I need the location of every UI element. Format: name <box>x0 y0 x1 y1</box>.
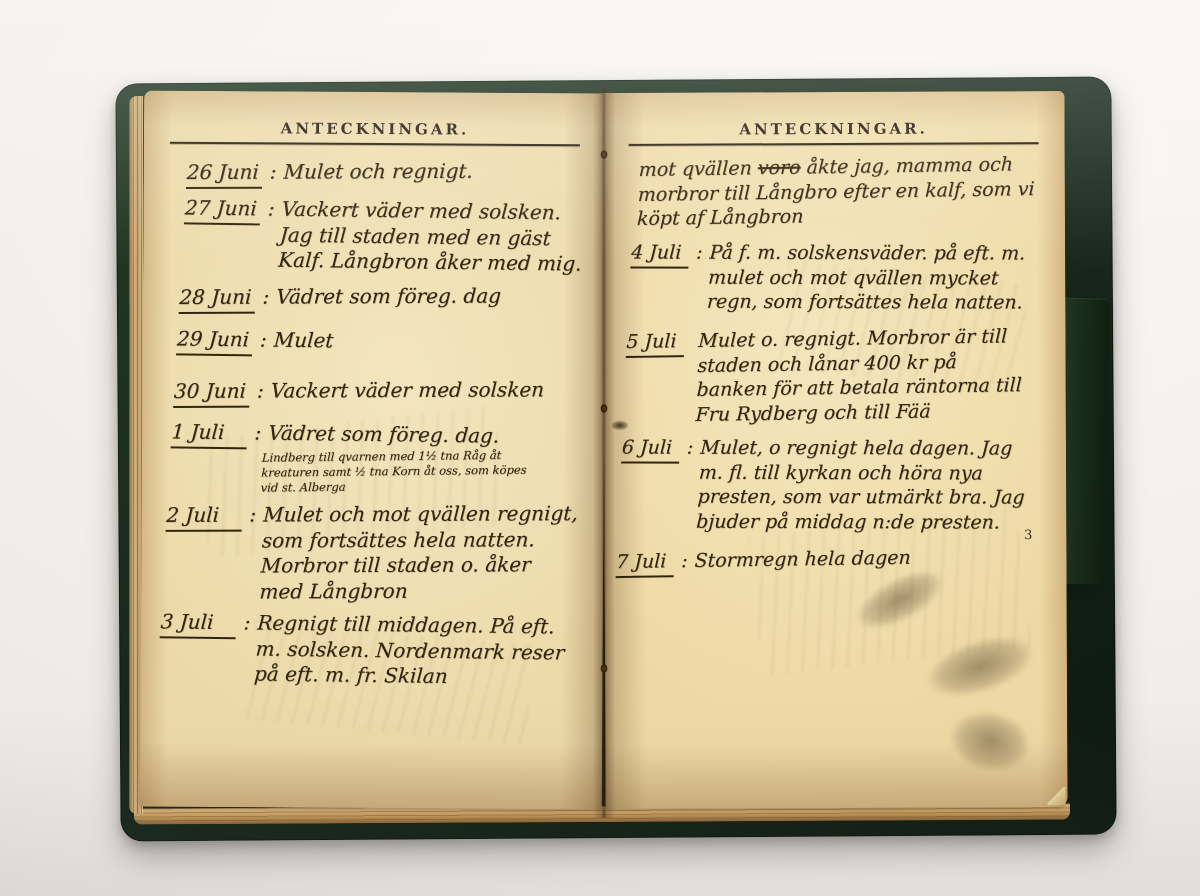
entry-text: Stormregn hela dagen <box>694 544 1023 574</box>
entry-text: Vädret som föreg. dag. <box>267 421 586 451</box>
left-page-header: ANTECKNINGAR. <box>170 119 580 147</box>
entry-date: 4 Juli <box>630 241 690 269</box>
right-page-content: ANTECKNINGAR. mot qvällen voro åkte jag,… <box>603 119 1067 575</box>
diary-entry: 2 Juli : Mulet och mot qvällen regnigt, … <box>162 501 581 605</box>
struck-word: voro <box>757 157 801 180</box>
entry-date: 30 Juni <box>173 378 250 407</box>
entry-text: Regnigt till middagen. På eft. m. solske… <box>253 610 575 691</box>
entry-margin-note: Lindberg till qvarnen med 1½ tna Råg åt … <box>260 447 530 495</box>
binding-stitch <box>601 150 608 159</box>
entry-text: Mulet, o regnigt hela dagen. Jag m. fl. … <box>696 436 1029 536</box>
entry-separator: : <box>681 549 688 574</box>
entry-text: Mulet och regnigt. <box>283 158 602 185</box>
right-page: ANTECKNINGAR. mot qvällen voro åkte jag,… <box>602 91 1067 809</box>
entry-date: 29 Juni <box>176 326 254 356</box>
entry-text: Vackert väder med solsken <box>270 377 589 404</box>
diary-entry-with-note: 1 Juli : Vädret som föreg. dag. Lindberg… <box>168 421 586 495</box>
entry-separator: : <box>686 436 694 461</box>
entry-date: 27 Juni <box>184 195 262 225</box>
photo-of-open-diary: ANTECKNINGAR. 26 Juni : Mulet och regnig… <box>0 0 1200 896</box>
diary-entry: 26 Juni : Mulet och regnigt. <box>186 158 602 188</box>
diary-book: ANTECKNINGAR. 26 Juni : Mulet och regnig… <box>118 80 1114 838</box>
diary-entry: 30 Juni : Vackert väder med solsken <box>173 377 589 407</box>
entry-text: På f. m. solskensväder. på eft. m. mulet… <box>706 241 1038 316</box>
entry-text: Mulet och mot qvällen regnigt, som forts… <box>259 501 581 605</box>
diary-entry: 27 Juni : Vackert väder med solsken. Jag… <box>181 195 600 277</box>
left-header-rule <box>170 142 580 147</box>
page-number: 3 <box>1024 528 1032 543</box>
binding-gutter <box>593 88 615 818</box>
diary-entry: 6 Juli : Mulet, o regnigt hela dagen. Ja… <box>617 435 1028 535</box>
entry-separator: : <box>254 421 262 447</box>
binding-stitch <box>601 404 608 413</box>
entry-date: 28 Juni <box>179 285 256 314</box>
right-header-title: ANTECKNINGAR. <box>629 119 1039 139</box>
page-corner-dogear <box>1047 787 1065 805</box>
entry-date: 2 Juli <box>166 502 243 531</box>
entry-separator: : <box>249 502 257 528</box>
continuation-text: mot qvällen <box>638 157 758 181</box>
left-page-content: ANTECKNINGAR. 26 Juni : Mulet och regnig… <box>141 119 606 691</box>
entry-date: 3 Juli <box>160 609 238 639</box>
left-page: ANTECKNINGAR. 26 Juni : Mulet och regnig… <box>140 91 606 810</box>
binding-stitch <box>601 664 608 673</box>
entry-separator: : <box>243 610 251 636</box>
entry-date: 7 Juli <box>616 549 675 578</box>
entry-text: Vädret som föreg. dag <box>276 284 595 311</box>
right-page-header: ANTECKNINGAR. <box>629 119 1039 146</box>
entry-date: 1 Juli <box>171 419 249 449</box>
diary-entry: 3 Juli : Regnigt till middagen. På eft. … <box>156 609 575 691</box>
entry-separator: : <box>256 378 264 404</box>
entry-date: 6 Juli <box>621 435 681 463</box>
right-header-rule <box>629 142 1039 146</box>
entry-text: Vackert väder med solsken. Jag till stad… <box>277 196 599 277</box>
diary-entry: 5 Juli Mulet o. regnigt. Morbror är till… <box>623 324 1033 429</box>
page-spread: ANTECKNINGAR. 26 Juni : Mulet och regnig… <box>142 92 1066 808</box>
entry-separator: : <box>262 285 270 311</box>
entry-text: Mulet <box>273 328 592 358</box>
continuation-paragraph: mot qvällen voro åkte jag, mamma och mor… <box>636 152 1041 232</box>
right-entries: mot qvällen voro åkte jag, mamma och mor… <box>616 154 1042 575</box>
entry-separator: : <box>696 241 704 266</box>
left-entries: 26 Juni : Mulet och regnigt. 27 Juni : V… <box>157 158 602 690</box>
diary-entry: 7 Juli : Stormregn hela dagen <box>616 544 1023 578</box>
diary-entry: 28 Juni : Vädret som föreg. dag <box>179 284 595 314</box>
entry-separator: : <box>269 160 277 186</box>
entry-date: 26 Juni <box>186 160 263 189</box>
entry-separator: : <box>259 327 267 353</box>
diary-entry: 4 Juli : På f. m. solskensväder. på eft.… <box>628 241 1038 316</box>
diary-entry: 29 Juni : Mulet <box>176 326 592 360</box>
left-header-title: ANTECKNINGAR. <box>170 119 580 140</box>
entry-text: Mulet o. regnigt. Morbror är till staden… <box>695 324 1033 428</box>
entry-separator: : <box>267 196 275 222</box>
entry-date: 5 Juli <box>626 329 685 358</box>
